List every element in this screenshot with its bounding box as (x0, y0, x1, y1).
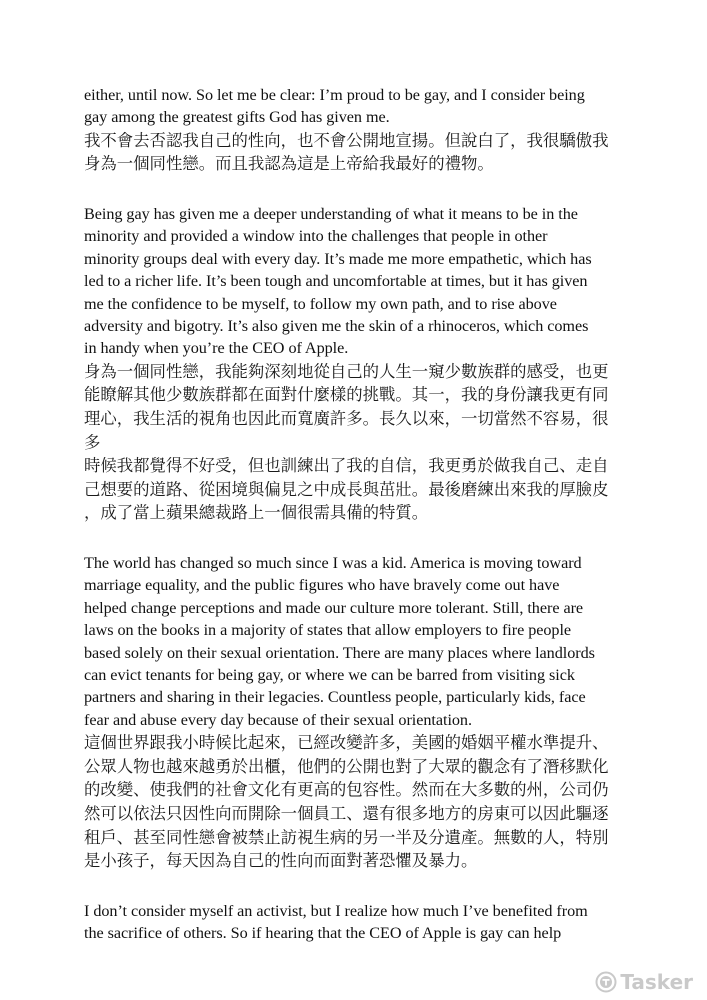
paragraph-chinese: 我不會去否認我自己的性向，也不會公開地宣揚。但說白了，我很驕傲我 身為一個同性戀… (84, 129, 624, 176)
paragraph-english: I don’t consider myself an activist, but… (84, 900, 624, 945)
paragraph-4: I don’t consider myself an activist, but… (84, 900, 624, 945)
watermark-text: Tasker (620, 970, 693, 994)
tasker-watermark: Tasker (595, 970, 693, 994)
paragraph-english: either, until now. So let me be clear: I… (84, 84, 624, 129)
paragraph-english: The world has changed so much since I wa… (84, 552, 624, 731)
document-page: either, until now. So let me be clear: I… (84, 84, 624, 972)
paragraph-2: Being gay has given me a deeper understa… (84, 203, 624, 525)
paragraph-3: The world has changed so much since I wa… (84, 552, 624, 873)
tasker-logo-icon (595, 971, 617, 993)
paragraph-chinese: 這個世界跟我小時候比起來，已經改變許多，美國的婚姻平權水準提升、 公眾人物也越來… (84, 731, 624, 873)
paragraph-chinese: 身為一個同性戀，我能夠深刻地從自己的人生一窺少數族群的感受，也更 能瞭解其他少數… (84, 360, 624, 525)
paragraph-english: Being gay has given me a deeper understa… (84, 203, 624, 360)
paragraph-1: either, until now. So let me be clear: I… (84, 84, 624, 176)
